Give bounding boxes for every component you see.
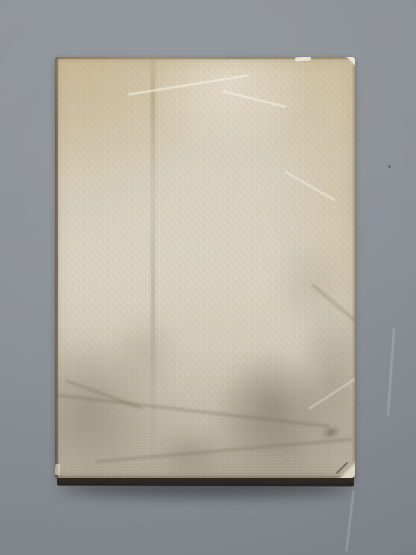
corner-wear-top-right [346,57,355,66]
surface-scratch [387,328,395,416]
photo-background [0,0,416,555]
cover-smudges [55,57,355,478]
spine-edge [55,57,58,478]
book-back-cover [55,57,355,478]
surface-speck [388,165,391,168]
surface-scratch [345,490,355,552]
